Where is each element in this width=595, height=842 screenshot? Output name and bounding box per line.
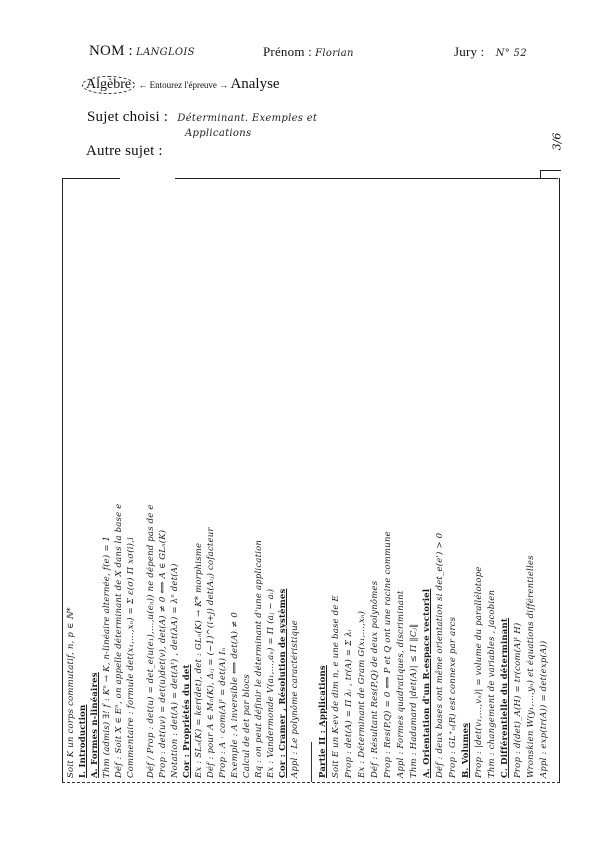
plan-divider bbox=[311, 742, 312, 782]
plan-line: Prop : d(det)_A(H) = tr(com(A)ᵗ H) bbox=[513, 623, 523, 778]
plan-line: Déf / Prop : det(u) = det_e(u(e₁),…,u(eₙ… bbox=[146, 504, 156, 778]
autre-sujet-label: Autre sujet : bbox=[86, 143, 163, 159]
option-algebre-circled: Algèbre bbox=[82, 76, 135, 94]
sujet-value-line1: Déterminant. Exemples et bbox=[177, 113, 317, 124]
sujet-value-line2: Applications bbox=[185, 128, 251, 139]
option-instruction: ← Entourez l'épreuve → bbox=[138, 80, 230, 90]
plan-heading: A. Formes n-linéaires bbox=[90, 672, 100, 778]
plan-line: Prop : A · com(A)ᵗ = det(A) Iₙ bbox=[218, 648, 228, 778]
plan-heading: Cor : Cramer , Résolution de systèmes bbox=[278, 588, 288, 778]
plan-line: Prop : Res(P,Q) = 0 ⟺ P et Q ont une rac… bbox=[383, 531, 393, 778]
plan-line: Prop : GL⁺ₙ(R) est connexe par arcs bbox=[448, 617, 458, 778]
rotated-plan-content: Soit K un corps commutatif, n, p ∈ ℕ* I.… bbox=[62, 178, 558, 782]
plan-heading: A. Orientation d'un R-espace vectoriel bbox=[422, 589, 432, 778]
plan-line: Appl : Formes quadratiques, discriminant bbox=[396, 591, 406, 778]
plan-line: Ex : SLₙ(K) = ker(det), det : GLₙ(K) → K… bbox=[194, 543, 204, 778]
plan-line: Déf : pour A ∈ Mₙ(K), Δᵢⱼ = (−1)^(i+j) d… bbox=[206, 527, 216, 778]
jury-label: Jury : bbox=[454, 44, 484, 59]
epreuve-selector: Algèbre ← Entourez l'épreuve → Analyse bbox=[82, 76, 280, 94]
plan-line: Thm : changement de variables , jacobien bbox=[487, 590, 497, 778]
plan-line: Soit E un K-ev de dim n, e une base de E bbox=[331, 595, 341, 778]
plan-heading: Cor : Propriétés du det bbox=[182, 664, 192, 778]
page-number-mark: 3/6 bbox=[550, 133, 563, 151]
nom-label: NOM : bbox=[89, 43, 133, 59]
plan-line: Prop : det(uv) = det(u)det(v), det(A) ≠ … bbox=[158, 530, 168, 778]
plan-line: Calcul de det par blocs bbox=[242, 674, 252, 778]
plan-left-half: Soit K un corps commutatif, n, p ∈ ℕ* I.… bbox=[62, 178, 310, 782]
sujet-field: Sujet choisi : Déterminant. Exemples et bbox=[87, 109, 317, 126]
plan-line: Déf : Soit X ∈ Eⁿ, on appelle déterminan… bbox=[114, 504, 124, 778]
autre-sujet-field: Autre sujet : bbox=[86, 143, 163, 160]
plan-line: Appl : exp(tr(A)) = det(exp(A)) bbox=[539, 641, 549, 778]
plan-line: Rq : on peut définir le déterminant d'un… bbox=[254, 540, 264, 778]
plan-line: Déf : Résultant Res(P,Q) de deux polynôm… bbox=[370, 581, 380, 778]
plan-line: Ex : Vandermonde V(a₁,…,aₙ) = Π (aⱼ − aᵢ… bbox=[266, 589, 276, 778]
plan-line: Commentaire : formule det(x₁,…,xₙ) = Σ ε… bbox=[126, 537, 136, 778]
plan-line: Notation : det(A) = det(Aᵗ) , det(λA) = … bbox=[170, 563, 180, 778]
plan-heading: I. Introduction bbox=[78, 705, 88, 778]
prenom-label: Prénom : bbox=[263, 44, 312, 59]
nom-value: LANGLOIS bbox=[136, 47, 195, 58]
nom-field: NOM : LANGLOIS bbox=[89, 43, 195, 60]
option-analyse: Analyse bbox=[230, 76, 279, 92]
jury-field: Jury : N° 52 bbox=[454, 44, 527, 60]
plan-heading: Partie II : Applications bbox=[318, 665, 328, 778]
plan-line: Soit K un corps commutatif, n, p ∈ ℕ* bbox=[66, 607, 76, 778]
plan-heading: C. Différentielle du déterminant bbox=[500, 618, 510, 778]
prenom-field: Prénom : Florian bbox=[263, 44, 354, 60]
plan-right-half: Partie II : Applications Soit E un K-ev … bbox=[314, 178, 558, 782]
jury-value: N° 52 bbox=[496, 48, 527, 59]
sujet-label: Sujet choisi : bbox=[87, 109, 168, 125]
plan-line: Wronskien W(y₁,…,yₙ) et équations différ… bbox=[526, 555, 536, 778]
plan-line: Prop : det(A) = Π λᵢ , tr(A) = Σ λᵢ bbox=[344, 629, 354, 778]
plan-heading: B. Volumes bbox=[461, 723, 471, 778]
plan-line: Prop : |det(v₁,…,vₙ)| = volume du parall… bbox=[474, 566, 484, 778]
plan-line: Thm (admis) ∃! f : Kⁿ → K, n-linéaire al… bbox=[102, 536, 112, 778]
plan-line: Thm : Hadamard |det(A)| ≤ Π ‖Cⱼ‖ bbox=[409, 624, 419, 778]
plan-line: Appl : Le polynôme caractéristique bbox=[290, 620, 300, 778]
prenom-value: Florian bbox=[315, 48, 354, 59]
plan-line: Déf : deux bases ont même orientation si… bbox=[435, 533, 445, 778]
plan-line: Exemple : A inversible ⟺ det(A) ≠ 0 bbox=[230, 612, 240, 778]
plan-line: Ex : Déterminant de Gram G(x₁,…,xₙ) bbox=[357, 611, 367, 778]
